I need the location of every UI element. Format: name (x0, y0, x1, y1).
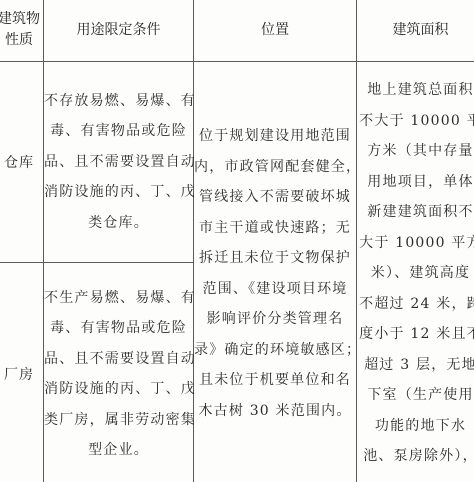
text-line: 影响评价分类管理名 (194, 304, 356, 335)
header-kind-line-1: 建筑物 (0, 9, 43, 30)
table-header-row: 建筑物 性质 用途限定条件 位置 建筑面积 (0, 0, 474, 62)
text-line: 录》确定的环境敏感区； (194, 335, 356, 366)
text-line: 大于 10000 平方 (357, 228, 474, 259)
text-line: 类厂房，属非劳动密集 (44, 405, 193, 436)
text-line: 内，市政管网配套健全， (194, 152, 356, 183)
text-line: 下室（生产使用 (357, 380, 474, 411)
text-line: 池、泵房除外）， (357, 441, 474, 472)
building-conditions-table: 建筑物 性质 用途限定条件 位置 建筑面积 仓库 不存放易燃、易爆、有 毒、有害… (0, 0, 474, 482)
header-building-kind: 建筑物 性质 (0, 0, 44, 62)
text-line: 型企业。 (44, 435, 193, 466)
document-page: 建筑物 性质 用途限定条件 位置 建筑面积 仓库 不存放易燃、易爆、有 毒、有害… (0, 0, 474, 482)
cell-kind-factory: 厂房 (0, 263, 44, 482)
text-line: 市主干道或快速路；无 (194, 213, 356, 244)
text-line: 木古树 30 米范围内。 (194, 396, 356, 427)
text-line: 地上建筑总面积 (357, 75, 474, 106)
table-row-warehouse: 仓库 不存放易燃、易爆、有 毒、有害物品或危险 品、且不需要设置自动 消防设施的… (0, 62, 474, 263)
cell-building-area: 地上建筑总面积 不大于 10000 平 方米（其中存量 用地项目，单体 新建建筑… (357, 62, 474, 482)
text-line: 不大于 10000 平 (357, 106, 474, 137)
text-line: 新建建筑面积不 (357, 197, 474, 228)
text-line: 拆迁且未位于文物保护 (194, 243, 356, 274)
cell-location: 位于规划建设用地范围 内，市政管网配套健全， 管线接入不需要破坏城 市主干道或快… (194, 62, 357, 482)
header-usage-condition: 用途限定条件 (44, 0, 194, 62)
text-line: 毒、有害物品或危险 (44, 116, 193, 147)
text-line: 且未位于机要单位和名 (194, 365, 356, 396)
text-line: 超过 3 层，无地 (357, 350, 474, 381)
text-line: 位于规划建设用地范围 (194, 121, 356, 152)
text-line: 品、且不需要设置自动 (44, 147, 193, 178)
cell-condition-warehouse: 不存放易燃、易爆、有 毒、有害物品或危险 品、且不需要设置自动 消防设施的丙、丁… (44, 62, 194, 263)
cell-kind-warehouse: 仓库 (0, 62, 44, 263)
header-building-area: 建筑面积 (357, 0, 474, 62)
text-line: 消防设施的丙、丁、戊 (44, 177, 193, 208)
text-line: 米）、建筑高度 (357, 258, 474, 289)
text-line: 度小于 12 米且不 (357, 319, 474, 350)
header-kind-line-2: 性质 (0, 30, 43, 51)
text-line: 毒、有害物品或危险 (44, 313, 193, 344)
text-line: 不超过 24 米，跨 (357, 289, 474, 320)
cell-condition-factory: 不生产易燃、易爆、有 毒、有害物品或危险 品、且不需要设置自动 消防设施的丙、丁… (44, 263, 194, 482)
text-line: 品、且不需要设置自动 (44, 344, 193, 375)
text-line: 范围、《建设项目环境 (194, 274, 356, 305)
text-line: 消防设施的丙、丁、戊 (44, 374, 193, 405)
text-line: 类仓库。 (44, 208, 193, 239)
header-location: 位置 (194, 0, 357, 62)
text-line: 用地项目，单体 (357, 167, 474, 198)
text-line: 不存放易燃、易爆、有 (44, 86, 193, 117)
text-line: 管线接入不需要破坏城 (194, 182, 356, 213)
text-line: 方米（其中存量 (357, 136, 474, 167)
text-line: 不生产易燃、易爆、有 (44, 283, 193, 314)
text-line: 功能的地下水 (357, 411, 474, 442)
